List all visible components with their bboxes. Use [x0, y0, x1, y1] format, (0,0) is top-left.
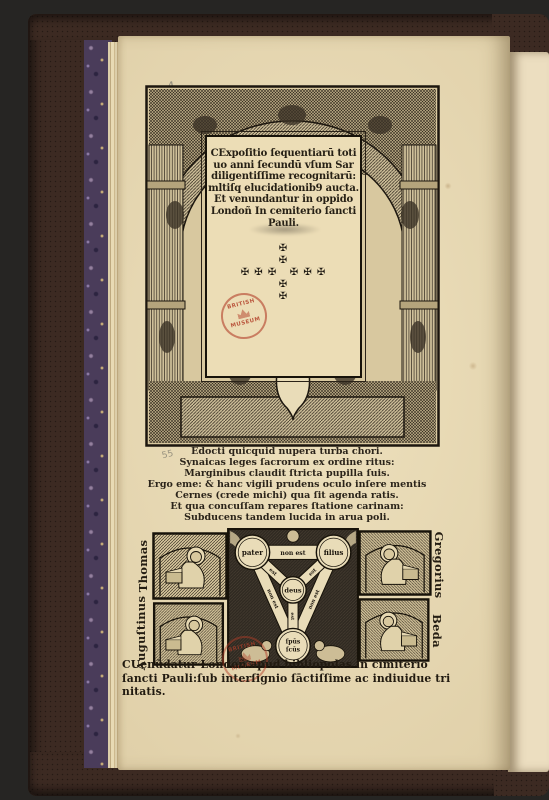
colophon-line: CUenūdatur Londoñ.apud bibliopolas in ci…: [122, 658, 456, 672]
woodcut-border: CExpoſitio ſequentiarū toti uo anni ſecu…: [145, 85, 440, 447]
title-line: Et venundantur in oppido: [207, 194, 360, 206]
title-text: CExpoſitio ſequentiarū toti uo anni ſecu…: [207, 148, 360, 229]
colophon-line: ſancti Pauli:ſub interſignio ſāctiſſime …: [122, 672, 456, 686]
saint-woodcut-thomas: [152, 532, 228, 604]
cross-ornament: ✠ ✠ ✠ ✠ ✠ ✠ ✠ ✠ ✠ ✠: [207, 243, 360, 303]
title-line: CExpoſitio ſequentiarū toti: [207, 148, 360, 160]
title-line: uo anni ſecundū vſum Sar: [207, 160, 360, 172]
title-text-panel: CExpoſitio ſequentiarū toti uo anni ſecu…: [205, 135, 362, 378]
circle-label-spiritus-1: ſpūs: [286, 639, 301, 646]
ink-smudge: [249, 223, 321, 236]
colophon: CUenūdatur Londoñ.apud bibliopolas in ci…: [122, 658, 456, 699]
cross-row: ✠ ✠ ✠ ✠ ✠ ✠: [207, 267, 360, 279]
colophon-line: nitatis.: [122, 685, 456, 699]
cross-row: ✠: [207, 243, 360, 255]
title-line: mltiſq elucidationib9 aucta.: [207, 183, 360, 195]
saint-label-gregorius: Gregorius: [432, 523, 446, 607]
trinity-woodcut-block: Thomas Auguſtinus Gregorius Beda: [128, 528, 462, 670]
cross-row: ✠: [207, 279, 360, 291]
circle-label-spiritus-2: ſcūs: [286, 646, 301, 653]
verse-line: Cernes (crede michi) qua ſit agenda rati…: [118, 490, 456, 501]
saint-woodcut-beda: [356, 598, 432, 666]
verse-line: Subducens tandem lucida in arua poli.: [118, 512, 456, 523]
book-photograph: 4: [0, 0, 549, 800]
facing-page-edge: [508, 52, 549, 772]
verse-line: Et qua concuſſam repares ſtatione carina…: [118, 501, 456, 512]
saint-label-beda: Beda: [430, 603, 444, 659]
verse-line: Marginibus claudit ſtricta pupilla ſuis.: [118, 468, 456, 479]
circle-label-filius: filius: [324, 548, 344, 557]
cross-row: ✠: [207, 255, 360, 267]
crown-icon: [236, 308, 250, 320]
band-label-est-bottom: est: [289, 612, 295, 621]
title-line: diligentiſſime recognitarū:: [207, 171, 360, 183]
band-label-non-est-top: non est: [280, 550, 305, 557]
saint-woodcut-gregorius: [358, 530, 432, 600]
saint-label-thomas: Thomas: [136, 534, 150, 598]
title-line: Londoñ In cemiterio ſancti: [207, 206, 360, 218]
circle-label-pater: pater: [242, 548, 263, 557]
verse-line: Ergo eme: & hanc vigili prudens oculo in…: [118, 479, 456, 490]
title-page: 4: [118, 36, 510, 770]
circle-label-deus: deus: [284, 586, 302, 594]
